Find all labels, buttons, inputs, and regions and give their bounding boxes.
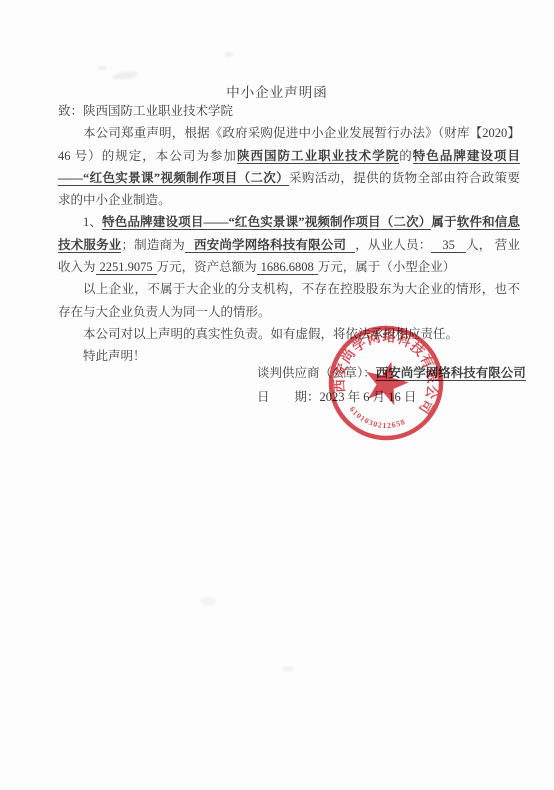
scan-smudge	[97, 66, 107, 70]
assets-underlined: 1686.6808	[257, 260, 318, 275]
buyer-name-underlined: 陕西国防工业职业技术学院	[237, 149, 399, 164]
employee-count-underlined: 35	[431, 238, 466, 253]
text-run: 万元，属于（小型企业）	[318, 260, 456, 274]
scan-smudge	[282, 666, 294, 672]
recipient-value: 陕西国防工业职业技术学院	[83, 104, 233, 118]
item-number: 1、	[83, 215, 102, 229]
scan-smudge	[112, 70, 139, 81]
date-label: 日 期：	[257, 390, 320, 404]
seal-number-arc-text: 6101030212658	[345, 403, 409, 436]
text-run: ，从业人员：	[355, 238, 431, 252]
text-run: 的	[399, 149, 413, 163]
text-run: 万元，资产总额为	[157, 260, 257, 274]
manufacturer-name-underlined: 西安尚学网络科技有限公司	[185, 238, 355, 253]
paragraph-no-affiliation: 以上企业，不属于大企业的分支机构，不存在控股股东为大企业的情形，也不存在与大企业…	[58, 278, 520, 323]
page-title: 中小企业声明函	[0, 81, 554, 101]
scan-smudge	[200, 597, 216, 606]
project-name-underlined: 特色品牌建设项目——“红色实景课”视频制作项目（二次）	[102, 215, 431, 230]
paragraph-item-1: 1、特色品牌建设项目——“红色实景课”视频制作项目（二次）属于软件和信息技术服务…	[58, 211, 520, 278]
scan-smudge	[224, 52, 233, 57]
paragraph-declaration: 本公司郑重声明，根据《政府采购促进中小企业发展暂行办法》（财库【2020】46 …	[58, 122, 520, 211]
recipient-line: 致：陕西国防工业职业技术学院	[58, 100, 520, 122]
scanned-declaration-page: 中小企业声明函 致：陕西国防工业职业技术学院 本公司郑重声明，根据《政府采购促进…	[0, 0, 554, 790]
revenue-underlined: 2251.9075	[96, 260, 157, 275]
recipient-label: 致：	[58, 104, 83, 118]
document-body: 致：陕西国防工业职业技术学院 本公司郑重声明，根据《政府采购促进中小企业发展暂行…	[58, 100, 520, 368]
star-icon	[360, 356, 413, 407]
text-run: ；制造商为	[121, 238, 184, 252]
text-run: 属于	[431, 215, 456, 229]
